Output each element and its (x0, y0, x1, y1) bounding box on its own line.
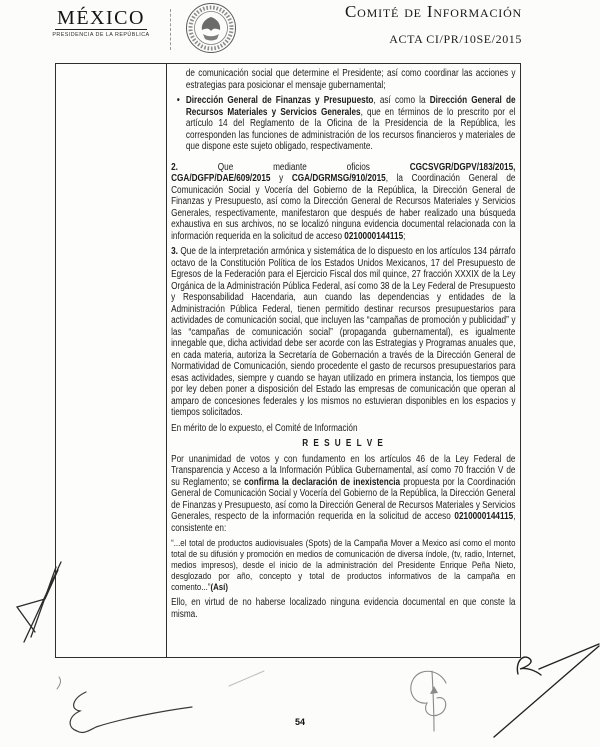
header-divider (170, 9, 171, 50)
margin-column (56, 64, 167, 657)
closing-paragraph: Ello, en virtud de no haberse localizado… (171, 597, 515, 620)
logo-wordmark: MÉXICO (52, 7, 150, 29)
resolution-paragraph: Por unanimidad de votos y con fundamento… (171, 454, 515, 535)
coat-of-arms-seal-icon (183, 1, 239, 55)
clause-3-paragraph: 3. Que de la interpretación armónica y s… (171, 246, 515, 419)
bullet-icon: • (171, 95, 186, 157)
mexico-presidencia-logo: MÉXICO PRESIDENCIA DE LA REPÚBLICA (52, 7, 150, 38)
continuation-paragraph: de comunicación social que determine el … (171, 68, 515, 91)
merit-line: En mérito de lo expuesto, el Comité de I… (171, 423, 515, 435)
acta-number: ACTA CI/PR/10SE/2015 (389, 32, 522, 47)
document-frame: de comunicación social que determine el … (55, 63, 521, 658)
clause-2-paragraph: CGA/DGFP/DAE/609/2015 y CGA/DGRMSG/910/2… (171, 173, 515, 242)
bullet-paragraph: Dirección General de Finanzas y Presupue… (186, 95, 516, 153)
document-page: MÉXICO PRESIDENCIA DE LA REPÚBLICA Comit… (0, 0, 600, 747)
logo-subtitle: PRESIDENCIA DE LA REPÚBLICA (52, 32, 150, 38)
logo-rule (55, 29, 147, 30)
page-number: 54 (0, 717, 600, 727)
request-quote: “...el total de productos audiovisuales … (171, 538, 515, 593)
bullet-item: • Dirección General de Finanzas y Presup… (171, 95, 515, 157)
resolve-heading: R E S U E L V E (171, 438, 515, 450)
committee-title: Comité de Información (345, 2, 522, 22)
text-column: de comunicación social que determine el … (167, 64, 520, 657)
clause-2-first-line: 2.QuemedianteoficiosCGCSVGR/DGPV/183/201… (171, 162, 515, 174)
